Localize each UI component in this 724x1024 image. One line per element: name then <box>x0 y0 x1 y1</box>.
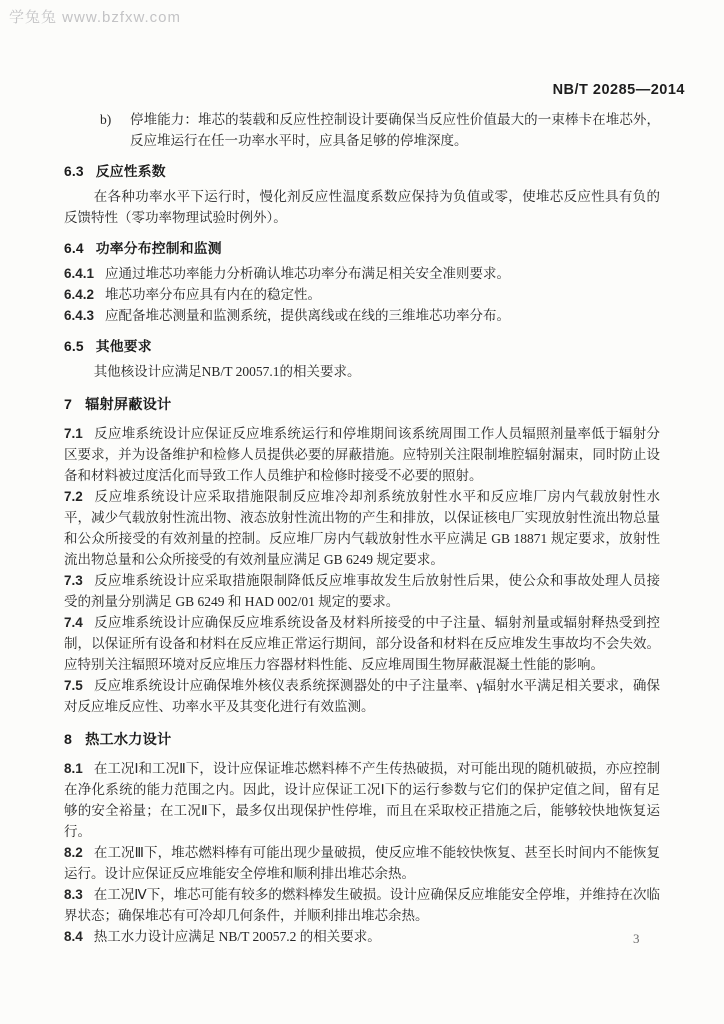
clause-text: 在工况Ⅳ下，堆芯可能有较多的燃料棒发生破损。设计应确保反应堆能安全停堆，并维持在… <box>64 887 660 923</box>
clause-7-2: 7.2反应堆系统设计应采取措施限制反应堆冷却剂系统放射性水平和反应堆厂房内气载放… <box>64 486 660 570</box>
clause-text: 应通过堆芯功率能力分析确认堆芯功率分布满足相关安全准则要求。 <box>105 266 510 281</box>
section-number: 6.5 <box>64 339 84 354</box>
paragraph-6-5: 其他核设计应满足NB/T 20057.1的相关要求。 <box>64 361 660 382</box>
clause-8-4: 8.4热工水力设计应满足 NB/T 20057.2 的相关要求。 <box>64 926 660 947</box>
chapter-heading-8: 8热工水力设计 <box>64 730 660 751</box>
chapter-title: 热工水力设计 <box>85 732 171 748</box>
section-title: 功率分布控制和监测 <box>96 241 222 256</box>
clause-6-4-3: 6.4.3应配备堆芯测量和监测系统，提供离线或在线的三维堆芯功率分布。 <box>64 305 660 326</box>
clause-text: 反应堆系统设计应确保堆外核仪表系统探测器处的中子注量率、γ辐射水平满足相关要求，… <box>64 678 660 714</box>
list-item-b: b) 停堆能力：堆芯的装载和反应性控制设计要确保当反应性价值最大的一束棒卡在堆芯… <box>64 109 660 151</box>
clause-text: 热工水力设计应满足 NB/T 20057.2 的相关要求。 <box>94 929 381 944</box>
clause-6-4-2: 6.4.2堆芯功率分布应具有内在的稳定性。 <box>64 284 660 305</box>
clause-text: 在工况Ⅰ和工况Ⅱ下，设计应保证堆芯燃料棒不产生传热破损，对可能出现的随机破损，亦… <box>64 761 660 839</box>
section-number: 6.4 <box>64 241 84 256</box>
clause-text: 反应堆系统设计应采取措施限制反应堆冷却剂系统放射性水平和反应堆厂房内气载放射性水… <box>64 489 660 567</box>
clause-number: 8.3 <box>64 887 83 902</box>
document-body: b) 停堆能力：堆芯的装载和反应性控制设计要确保当反应性价值最大的一束棒卡在堆芯… <box>64 109 660 947</box>
standard-number: NB/T 20285—2014 <box>553 82 685 98</box>
clause-6-4-1: 6.4.1应通过堆芯功率能力分析确认堆芯功率分布满足相关安全准则要求。 <box>64 263 660 284</box>
clause-7-1: 7.1反应堆系统设计应保证反应堆系统运行和停堆期间该系统周围工作人员辐照剂量率低… <box>64 423 660 486</box>
clause-number: 7.2 <box>64 489 83 504</box>
list-item-marker: b) <box>100 109 111 130</box>
paragraph-6-3: 在各种功率水平下运行时，慢化剂反应性温度系数应保持为负值或零，使堆芯反应性具有负… <box>64 186 660 228</box>
clause-7-3: 7.3反应堆系统设计应采取措施限制降低反应堆事故发生后放射性后果，使公众和事故处… <box>64 570 660 612</box>
clause-text: 应配备堆芯测量和监测系统，提供离线或在线的三维堆芯功率分布。 <box>105 308 510 323</box>
clause-8-3: 8.3在工况Ⅳ下，堆芯可能有较多的燃料棒发生破损。设计应确保反应堆能安全停堆，并… <box>64 884 660 926</box>
chapter-number: 7 <box>64 397 72 413</box>
section-heading-6-4: 6.4功率分布控制和监测 <box>64 238 660 259</box>
chapter-number: 8 <box>64 732 72 748</box>
chapter-title: 辐射屏蔽设计 <box>85 397 171 413</box>
clause-8-2: 8.2在工况Ⅲ下，堆芯燃料棒有可能出现少量破损，使反应堆不能较快恢复、甚至长时间… <box>64 842 660 884</box>
clause-number: 6.4.1 <box>64 266 94 281</box>
clause-number: 8.2 <box>64 845 83 860</box>
section-title: 反应性系数 <box>96 164 166 179</box>
clause-text: 反应堆系统设计应确保反应堆系统设备及材料所接受的中子注量、辐射剂量或辐射释热受到… <box>64 615 660 672</box>
page-number: 3 <box>633 931 640 947</box>
clause-number: 8.4 <box>64 929 83 944</box>
clause-7-5: 7.5反应堆系统设计应确保堆外核仪表系统探测器处的中子注量率、γ辐射水平满足相关… <box>64 675 660 717</box>
clause-number: 6.4.2 <box>64 287 94 302</box>
clause-text: 在工况Ⅲ下，堆芯燃料棒有可能出现少量破损，使反应堆不能较快恢复、甚至长时间内不能… <box>64 845 660 881</box>
watermark: 学兔兔 www.bzfxw.com <box>9 6 181 27</box>
section-title: 其他要求 <box>96 339 152 354</box>
section-heading-6-5: 6.5其他要求 <box>64 336 660 357</box>
section-heading-6-3: 6.3反应性系数 <box>64 161 660 182</box>
clause-text: 堆芯功率分布应具有内在的稳定性。 <box>105 287 321 302</box>
clause-number: 8.1 <box>64 761 83 776</box>
list-item-text: 停堆能力：堆芯的装载和反应性控制设计要确保当反应性价值最大的一束棒卡在堆芯外，反… <box>130 112 660 148</box>
clause-8-1: 8.1在工况Ⅰ和工况Ⅱ下，设计应保证堆芯燃料棒不产生传热破损，对可能出现的随机破… <box>64 758 660 842</box>
clause-number: 7.1 <box>64 426 83 441</box>
clause-number: 7.5 <box>64 678 83 693</box>
clause-number: 7.3 <box>64 573 83 588</box>
clause-text: 反应堆系统设计应保证反应堆系统运行和停堆期间该系统周围工作人员辐照剂量率低于辐射… <box>64 426 660 483</box>
chapter-heading-7: 7辐射屏蔽设计 <box>64 395 660 416</box>
clause-number: 6.4.3 <box>64 308 94 323</box>
clause-text: 反应堆系统设计应采取措施限制降低反应堆事故发生后放射性后果，使公众和事故处理人员… <box>64 573 660 609</box>
document-page: 学兔兔 www.bzfxw.com NB/T 20285—2014 b) 停堆能… <box>0 0 724 1024</box>
clause-number: 7.4 <box>64 615 83 630</box>
clause-7-4: 7.4反应堆系统设计应确保反应堆系统设备及材料所接受的中子注量、辐射剂量或辐射释… <box>64 612 660 675</box>
section-number: 6.3 <box>64 164 84 179</box>
